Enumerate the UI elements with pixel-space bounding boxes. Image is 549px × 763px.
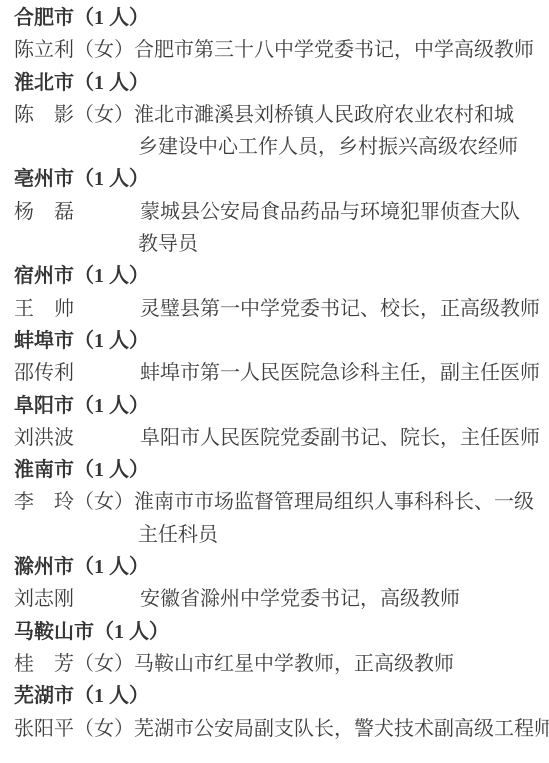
person-entry: 刘洪波阜阳市人民医院党委副书记、院长，主任医师: [14, 422, 533, 454]
city-header: 宿州市（1 人）: [14, 260, 533, 292]
city-count: （1 人）: [74, 685, 149, 707]
person-entry: 杨 磊蒙城县公安局食品药品与环境犯罪侦查大队: [14, 196, 533, 228]
person-description: 淮南市市场监督管理局组织人事科科长、一级: [134, 491, 534, 513]
city-header: 淮南市（1 人）: [14, 454, 533, 486]
person-entry: 李 玲（女）淮南市市场监督管理局组织人事科科长、一级: [14, 486, 533, 518]
person-description: 蚌埠市第一人民医院急诊科主任，副主任医师: [140, 362, 540, 384]
person-name: 陈立利（女）: [14, 39, 134, 61]
person-description: 灵璧县第一中学党委书记、校长，正高级教师: [140, 298, 540, 320]
city-name: 阜阳市: [14, 395, 74, 417]
person-description: 阜阳市人民医院党委副书记、院长，主任医师: [140, 427, 540, 449]
city-count: （1 人）: [74, 459, 149, 481]
city-count: （1 人）: [74, 265, 149, 287]
city-count: （1 人）: [94, 621, 169, 643]
city-name: 蚌埠市: [14, 330, 74, 352]
city-name: 宿州市: [14, 265, 74, 287]
person-entry: 刘志刚安徽省滁州中学党委书记，高级教师: [14, 583, 533, 615]
city-name: 淮南市: [14, 459, 74, 481]
city-header: 芜湖市（1 人）: [14, 680, 533, 712]
person-entry: 张阳平（女）芜湖市公安局副支队长，警犬技术副高级工程师: [14, 713, 533, 745]
person-name: 邵传利: [14, 357, 140, 389]
city-name: 滁州市: [14, 556, 74, 578]
city-header: 马鞍山市（1 人）: [14, 616, 533, 648]
person-description: 马鞍山市红星中学教师，正高级教师: [134, 653, 454, 675]
city-name: 马鞍山市: [14, 621, 94, 643]
person-name: 杨 磊: [14, 196, 140, 228]
person-name: 李 玲（女）: [14, 491, 134, 513]
city-count: （1 人）: [74, 395, 149, 417]
person-description-continued: 教导员: [14, 228, 533, 260]
city-header: 蚌埠市（1 人）: [14, 325, 533, 357]
person-name: 桂 芳（女）: [14, 653, 134, 675]
person-entry: 邵传利蚌埠市第一人民医院急诊科主任，副主任医师: [14, 357, 533, 389]
city-count: （1 人）: [74, 556, 149, 578]
city-header: 滁州市（1 人）: [14, 551, 533, 583]
person-name: 王 帅: [14, 293, 140, 325]
city-header: 淮北市（1 人）: [14, 67, 533, 99]
person-description: 淮北市濉溪县刘桥镇人民政府农业农村和城: [134, 104, 514, 126]
city-count: （1 人）: [74, 72, 149, 94]
person-name: 刘志刚: [14, 583, 140, 615]
city-count: （1 人）: [74, 330, 149, 352]
document-page: 合肥市（1 人） 陈立利（女）合肥市第三十八中学党委书记，中学高级教师 淮北市（…: [0, 0, 549, 763]
person-name: 张阳平（女）: [14, 718, 134, 740]
city-header: 合肥市（1 人）: [14, 2, 533, 34]
city-name: 亳州市: [14, 168, 74, 190]
city-name: 淮北市: [14, 72, 74, 94]
person-description: 蒙城县公安局食品药品与环境犯罪侦查大队: [140, 201, 520, 223]
person-name: 刘洪波: [14, 422, 140, 454]
person-description: 芜湖市公安局副支队长，警犬技术副高级工程师: [134, 718, 549, 740]
person-name: 陈 影（女）: [14, 104, 134, 126]
person-description-continued: 乡建设中心工作人员，乡村振兴高级农经师: [14, 131, 533, 163]
person-entry: 陈立利（女）合肥市第三十八中学党委书记，中学高级教师: [14, 34, 533, 66]
city-name: 合肥市: [14, 7, 74, 29]
person-description: 合肥市第三十八中学党委书记，中学高级教师: [134, 39, 534, 61]
person-entry: 桂 芳（女）马鞍山市红星中学教师，正高级教师: [14, 648, 533, 680]
person-description-continued: 主任科员: [14, 519, 533, 551]
person-entry: 陈 影（女）淮北市濉溪县刘桥镇人民政府农业农村和城: [14, 99, 533, 131]
person-entry: 王 帅灵璧县第一中学党委书记、校长，正高级教师: [14, 293, 533, 325]
city-count: （1 人）: [74, 7, 149, 29]
city-count: （1 人）: [74, 168, 149, 190]
city-header: 阜阳市（1 人）: [14, 390, 533, 422]
person-description: 安徽省滁州中学党委书记，高级教师: [140, 588, 460, 610]
city-name: 芜湖市: [14, 685, 74, 707]
city-header: 亳州市（1 人）: [14, 163, 533, 195]
